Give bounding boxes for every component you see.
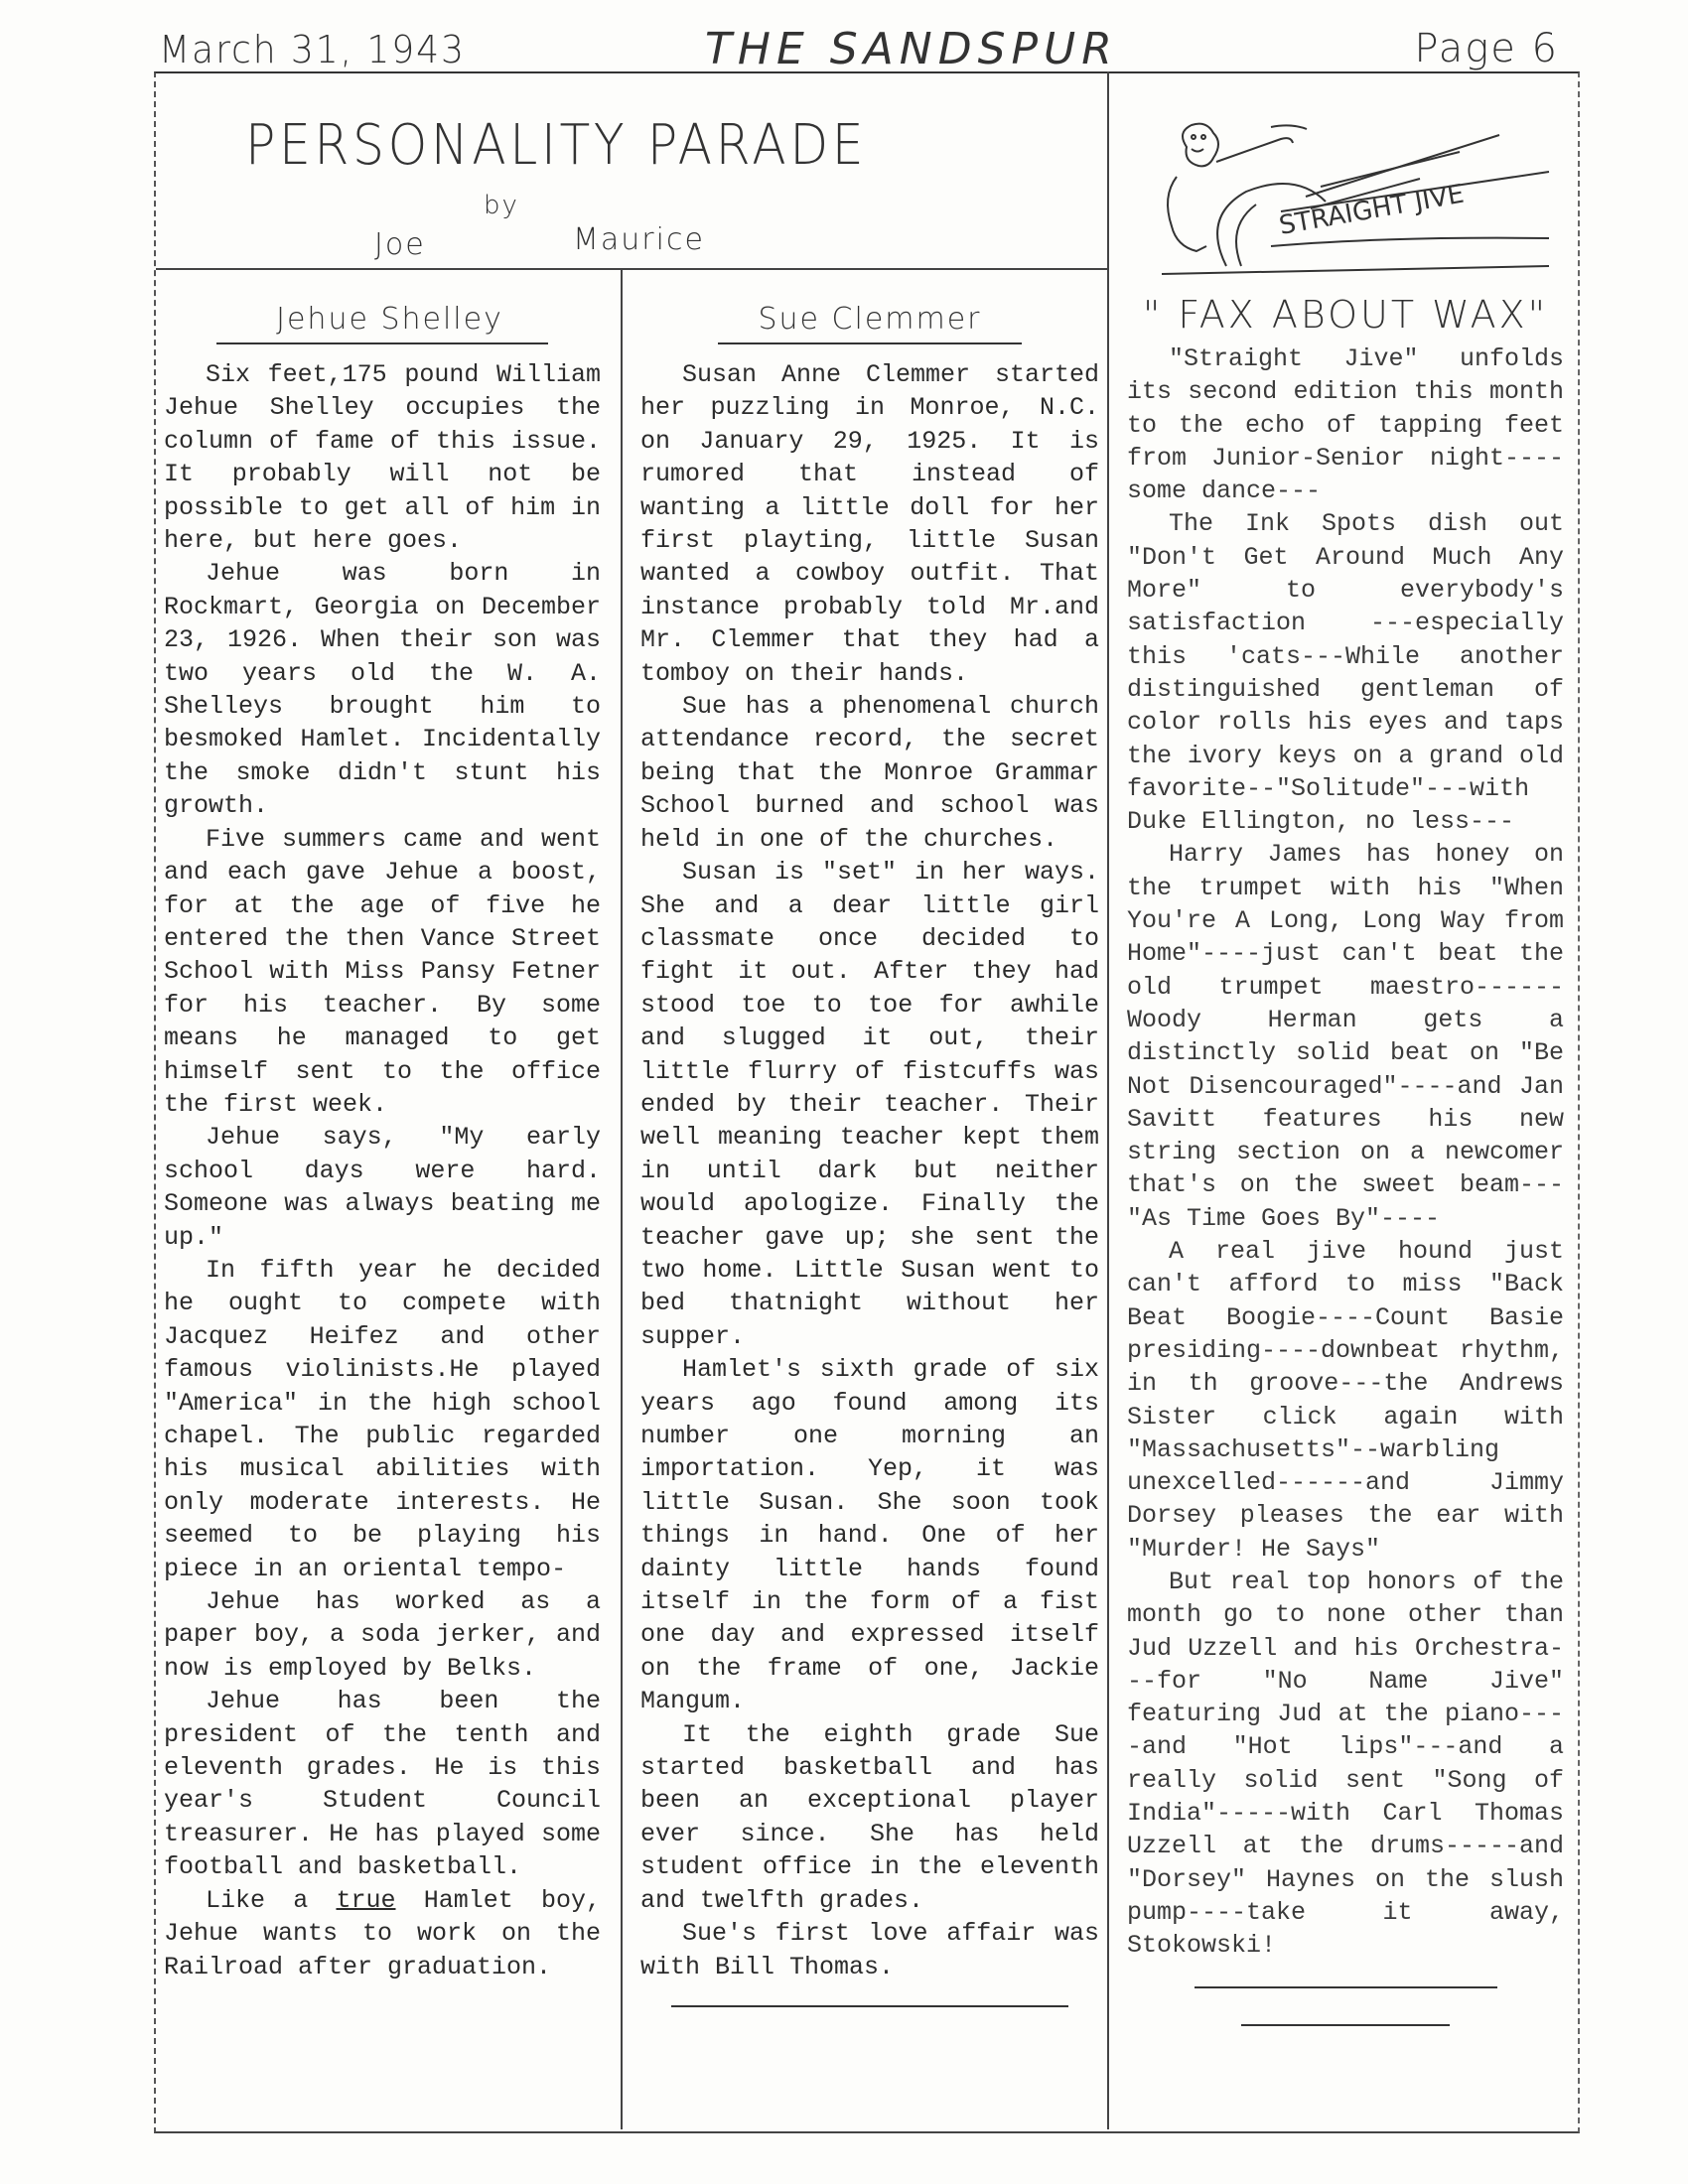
end-rule: [1195, 1986, 1497, 1988]
straight-jive-illustration: STRAIGHT JIVE: [1132, 117, 1559, 281]
paragraph: Jehue was born in Rockmart, Georgia on D…: [164, 557, 601, 822]
paragraph: Jehue says, "My early school days were h…: [164, 1121, 601, 1254]
paragraph: Jehue has worked as a paper boy, a soda …: [164, 1585, 601, 1685]
newspaper-name: THE SANDSPUR: [705, 24, 1118, 74]
paragraph: Hamlet's sixth grade of six years ago fo…: [640, 1353, 1099, 1717]
masthead: March 31, 1943 THE SANDSPUR Page 6: [159, 22, 1579, 71]
article-body: Susan Anne Clemmer started her puzzling …: [640, 358, 1099, 1983]
right-column-divider: [1107, 71, 1109, 2129]
issue-date: March 31, 1943: [159, 28, 466, 71]
paragraph: Susan Anne Clemmer started her puzzling …: [640, 358, 1099, 690]
paragraph: Sue's first love affair was with Bill Th…: [640, 1917, 1099, 1983]
column-body: "Straight Jive" unfolds its second editi…: [1127, 342, 1564, 1963]
author-last-name: Maurice: [573, 222, 705, 257]
paragraph: In fifth year he decided he ought to com…: [164, 1254, 601, 1585]
end-rule-short: [1241, 2024, 1450, 2026]
article-sue-clemmer: Sue Clemmer Susan Anne Clemmer started h…: [640, 270, 1099, 2007]
paragraph: Harry James has honey on the trumpet wit…: [1127, 838, 1564, 1235]
column-headline: " FAX ABOUT WAX": [1127, 293, 1564, 337]
article-heading: Jehue Shelley: [164, 302, 601, 344]
paragraph: It the eighth grade Sue started basketba…: [640, 1718, 1099, 1917]
paragraph: A real jive hound just can't afford to m…: [1127, 1235, 1564, 1566]
column-straight-jive: " FAX ABOUT WAX" "Straight Jive" unfolds…: [1127, 293, 1564, 2026]
left-column-divider: [621, 268, 623, 2129]
paragraph: Six feet,175 pound William Jehue Shelley…: [164, 358, 601, 557]
article-heading: Sue Clemmer: [640, 302, 1099, 344]
paragraph: Five summers came and went and each gave…: [164, 823, 601, 1122]
paragraph: But real top honors of the month go to n…: [1127, 1566, 1564, 1963]
article-body: Six feet,175 pound William Jehue Shelley…: [164, 358, 601, 1983]
cartoon-drummer-icon: STRAIGHT JIVE: [1132, 117, 1559, 281]
feature-title-box: PERSONALITY PARADE by Joe Maurice: [156, 73, 1107, 268]
paragraph: Sue has a phenomenal church attendance r…: [640, 690, 1099, 856]
author-first-name: Joe: [374, 227, 426, 262]
paragraph: Jehue has been the president of the tent…: [164, 1685, 601, 1883]
end-rule: [671, 2005, 1068, 2007]
byline-by: by: [484, 191, 519, 220]
closing-paragraph: Like a true Hamlet boy, Jehue wants to w…: [164, 1884, 601, 1983]
page-number: Page 6: [1414, 26, 1559, 71]
feature-title: PERSONALITY PARADE: [245, 113, 867, 178]
paragraph: The Ink Spots dish out "Don't Get Around…: [1127, 507, 1564, 838]
paragraph: Susan is "set" in her ways. She and a de…: [640, 856, 1099, 1353]
article-jehue-shelley: Jehue Shelley Six feet,175 pound William…: [164, 270, 601, 1983]
paragraph: "Straight Jive" unfolds its second editi…: [1127, 342, 1564, 507]
emphasis-true: true: [336, 1886, 395, 1915]
